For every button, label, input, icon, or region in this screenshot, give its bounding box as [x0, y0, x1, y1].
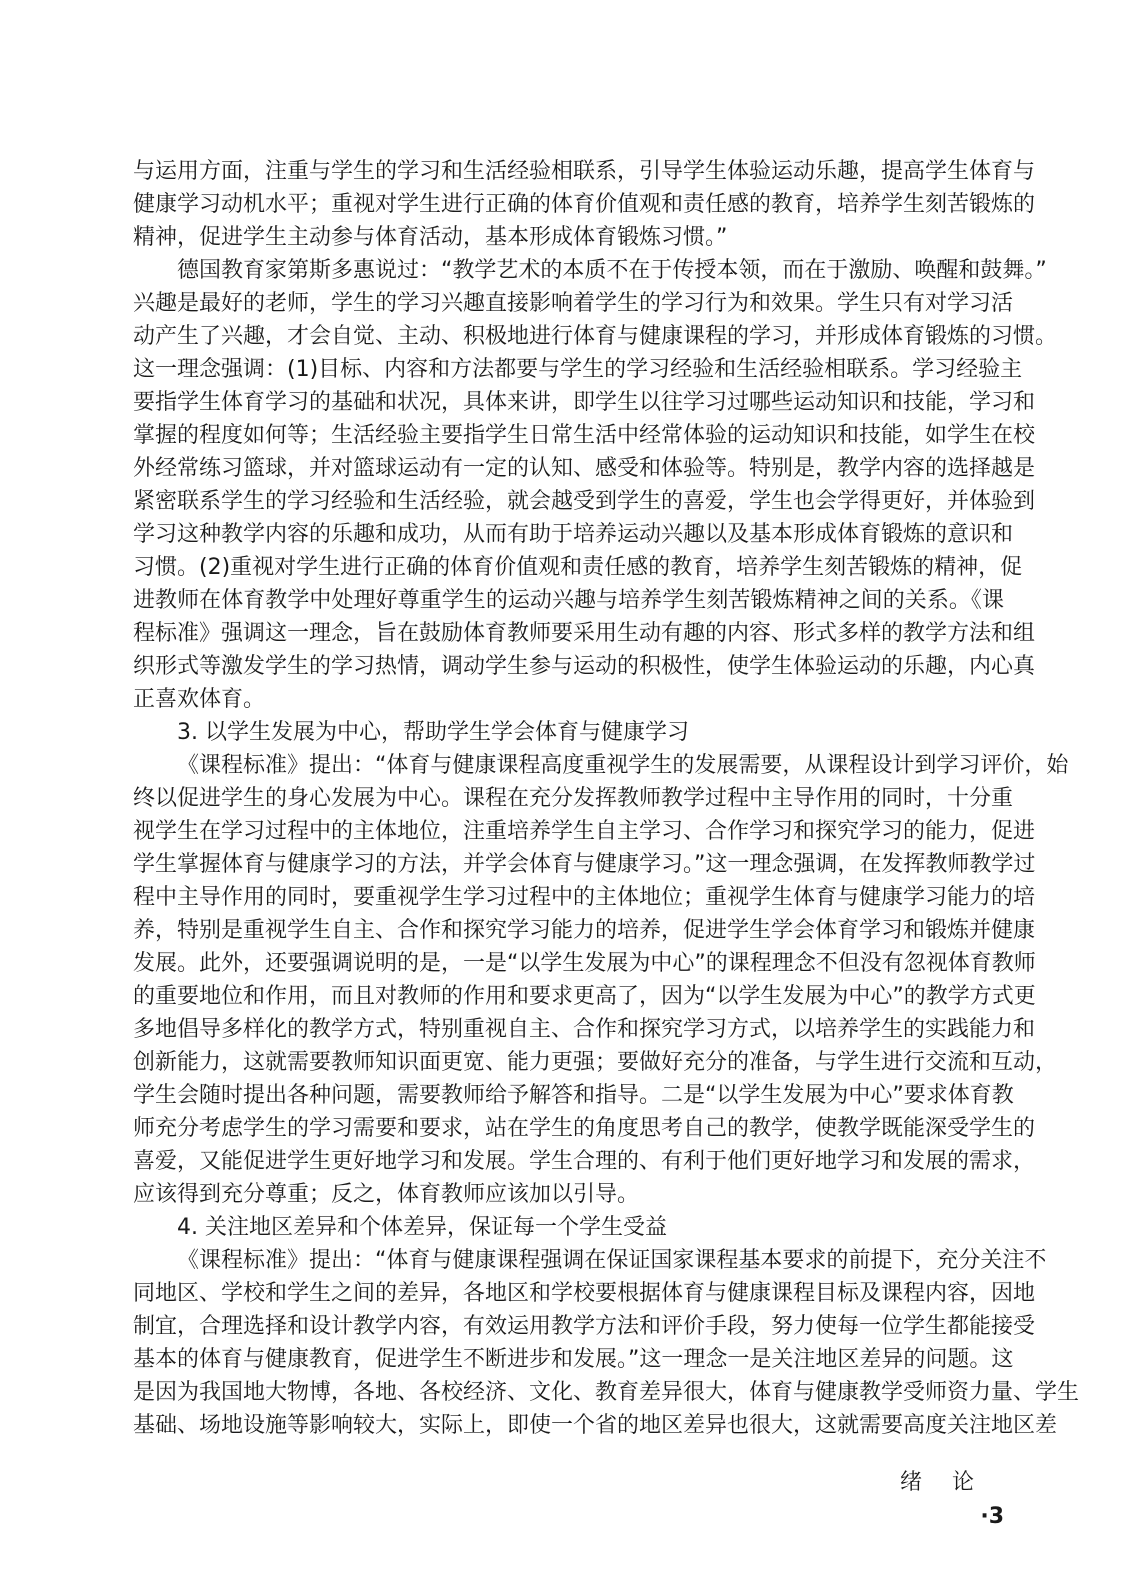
- text-line: 应该得到充分尊重；反之，体育教师应该加以引导。: [133, 1178, 1004, 1211]
- paragraph-start-line: 《课程标准》提出：“体育与健康课程高度重视学生的发展需要，从课程设计到学习评价，…: [133, 749, 1004, 782]
- footer-separator: ·: [980, 1504, 988, 1529]
- text-line: 紧密联系学生的学习经验和生活经验，就会越受到学生的喜爱，学生也会学得更好，并体验…: [133, 485, 1004, 518]
- text-line: 进教师在体育教学中处理好尊重学生的运动兴趣与培养学生刻苦锻炼精神之间的关系。《课: [133, 584, 1004, 617]
- text-line: 动产生了兴趣，才会自觉、主动、积极地进行体育与健康课程的学习，并形成体育锻炼的习…: [133, 320, 1004, 353]
- text-line: 是因为我国地大物博，各地、各校经济、文化、教育差异很大，体育与健康教学受师资力量…: [133, 1376, 1004, 1409]
- text-line: 外经常练习篮球，并对篮球运动有一定的认知、感受和体验等。特别是，教学内容的选择越…: [133, 452, 1004, 485]
- text-line: 基础、场地设施等影响较大，实际上，即使一个省的地区差异也很大，这就需要高度关注地…: [133, 1409, 1004, 1442]
- text-line: 这一理念强调：(1)目标、内容和方法都要与学生的学习经验和生活经验相联系。学习经…: [133, 353, 1004, 386]
- text-line: 师充分考虑学生的学习需要和要求，站在学生的角度思考自己的教学，使教学既能深受学生…: [133, 1112, 1004, 1145]
- text-line: 习惯。(2)重视对学生进行正确的体育价值观和责任感的教育，培养学生刻苦锻炼的精神…: [133, 551, 1004, 584]
- text-line: 制宜，合理选择和设计教学内容，有效运用教学方法和评价手段，努力使每一位学生都能接…: [133, 1310, 1004, 1343]
- text-line: 养，特别是重视学生自主、合作和探究学习能力的培养，促进学生学会体育学习和锻炼并健…: [133, 914, 1004, 947]
- paragraph-start-line: 《课程标准》提出：“体育与健康课程强调在保证国家课程基本要求的前提下，充分关注不: [133, 1244, 1004, 1277]
- text-line: 程中主导作用的同时，要重视学生学习过程中的主体地位；重视学生体育与健康学习能力的…: [133, 881, 1004, 914]
- section-title: 绪论: [900, 1470, 1004, 1495]
- text-line: 的重要地位和作用，而且对教师的作用和要求更高了，因为“以学生发展为中心”的教学方…: [133, 980, 1004, 1013]
- page-body: 与运用方面，注重与学生的学习和生活经验相联系，引导学生体验运动乐趣，提高学生体育…: [133, 155, 1004, 1442]
- text-line: 终以促进学生的身心发展为中心。课程在充分发挥教师教学过程中主导作用的同时，十分重: [133, 782, 1004, 815]
- text-line: 与运用方面，注重与学生的学习和生活经验相联系，引导学生体验运动乐趣，提高学生体育…: [133, 155, 1004, 188]
- page-footer: 绪论·3: [880, 1466, 1004, 1500]
- text-line: 正喜欢体育。: [133, 683, 1004, 716]
- text-line: 健康学习动机水平；重视对学生进行正确的体育价值观和责任感的教育，培养学生刻苦锻炼…: [133, 188, 1004, 221]
- text-line: 发展。此外，还要强调说明的是，一是“以学生发展为中心”的课程理念不但没有忽视体育…: [133, 947, 1004, 980]
- text-line: 要指学生体育学习的基础和状况，具体来讲，即学生以往学习过哪些运动知识和技能，学习…: [133, 386, 1004, 419]
- text-line: 织形式等激发学生的学习热情，调动学生参与运动的积极性，使学生体验运动的乐趣，内心…: [133, 650, 1004, 683]
- section-heading: 4. 关注地区差异和个体差异，保证每一个学生受益: [133, 1211, 1004, 1244]
- text-line: 基本的体育与健康教育，促进学生不断进步和发展。”这一理念一是关注地区差异的问题。…: [133, 1343, 1004, 1376]
- text-line: 程标准》强调这一理念，旨在鼓励体育教师要采用生动有趣的内容、形式多样的教学方法和…: [133, 617, 1004, 650]
- text-line: 学生会随时提出各种问题，需要教师给予解答和指导。二是“以学生发展为中心”要求体育…: [133, 1079, 1004, 1112]
- text-line: 多地倡导多样化的教学方式，特别重视自主、合作和探究学习方式，以培养学生的实践能力…: [133, 1013, 1004, 1046]
- page-number: 3: [989, 1504, 1004, 1529]
- section-heading: 3. 以学生发展为中心，帮助学生学会体育与健康学习: [133, 716, 1004, 749]
- text-line: 精神，促进学生主动参与体育活动，基本形成体育锻炼习惯。”: [133, 221, 1004, 254]
- text-line: 创新能力，这就需要教师知识面更宽、能力更强；要做好充分的准备，与学生进行交流和互…: [133, 1046, 1004, 1079]
- text-line: 兴趣是最好的老师，学生的学习兴趣直接影响着学生的学习行为和效果。学生只有对学习活: [133, 287, 1004, 320]
- text-line: 学生掌握体育与健康学习的方法，并学会体育与健康学习。”这一理念强调，在发挥教师教…: [133, 848, 1004, 881]
- text-line: 视学生在学习过程中的主体地位，注重培养学生自主学习、合作学习和探究学习的能力，促…: [133, 815, 1004, 848]
- text-line: 同地区、学校和学生之间的差异，各地区和学校要根据体育与健康课程目标及课程内容，因…: [133, 1277, 1004, 1310]
- text-line: 喜爱，又能促进学生更好地学习和发展。学生合理的、有利于他们更好地学习和发展的需求…: [133, 1145, 1004, 1178]
- text-line: 学习这种教学内容的乐趣和成功，从而有助于培养运动兴趣以及基本形成体育锻炼的意识和: [133, 518, 1004, 551]
- text-line: 掌握的程度如何等；生活经验主要指学生日常生活中经常体验的运动知识和技能，如学生在…: [133, 419, 1004, 452]
- paragraph-start-line: 德国教育家第斯多惠说过：“教学艺术的本质不在于传授本领，而在于激励、唤醒和鼓舞。…: [133, 254, 1004, 287]
